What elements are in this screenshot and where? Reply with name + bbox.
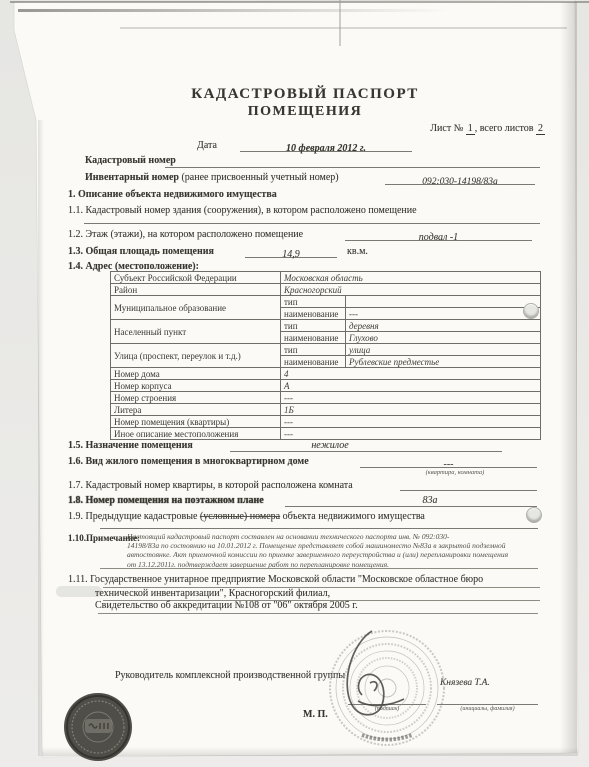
p1-2-label: 1.2. Этаж (этажи), на котором расположен… bbox=[68, 229, 303, 240]
stroenie-label: Номер строения bbox=[111, 392, 281, 404]
municipal-name-value: --- bbox=[346, 308, 541, 320]
inventory-number-field: 092:030-14198/83а bbox=[385, 171, 535, 185]
settlement-type-label: тип bbox=[281, 320, 346, 332]
inventory-number-label: Инвентарный номер (ранее присвоенный уче… bbox=[85, 172, 339, 183]
p1-3-field: 14,9 bbox=[245, 244, 337, 258]
table-row: Номер помещения (квартиры) --- bbox=[111, 416, 541, 428]
municipal-type-value bbox=[346, 296, 541, 308]
inventory-label-note: (ранее присвоенный учетный номер) bbox=[181, 172, 338, 183]
street-name-value: Рублевские предместье bbox=[346, 356, 541, 368]
hole-punch-top bbox=[523, 303, 539, 319]
note-line: 14198/83а по состоянию на 10.01.2012 г. … bbox=[127, 541, 539, 550]
cadastral-number-field bbox=[165, 155, 540, 168]
p1-6-hint: (квартира, комната) bbox=[390, 469, 520, 476]
house-label: Номер дома bbox=[111, 368, 281, 380]
p1-8-value: 83а bbox=[355, 495, 505, 506]
sheet-total: 2 bbox=[536, 123, 545, 135]
inventory-number-value: 092:030-14198/83а bbox=[422, 177, 497, 187]
section-1-heading: 1. Описание объекта недвижимого имуществ… bbox=[68, 189, 277, 200]
sheet-label: Лист № bbox=[430, 123, 463, 134]
municipal-name-label: наименование bbox=[281, 308, 346, 320]
street-label: Улица (проспект, переулок и т.д.) bbox=[111, 344, 281, 368]
date-label: Дата bbox=[197, 140, 217, 151]
district-label: Район bbox=[111, 284, 281, 296]
stroenie-value: --- bbox=[281, 392, 541, 404]
date-value: 10 февраля 2012 г. bbox=[286, 143, 366, 154]
p1-7-label: 1.7. Кадастровый номер квартиры, в котор… bbox=[68, 480, 353, 491]
table-row: Населенный пункт тип деревня bbox=[111, 320, 541, 332]
document-title-line1: КАДАСТРОВЫЙ ПАСПОРТ bbox=[155, 86, 455, 103]
table-row: Муниципальное образование тип bbox=[111, 296, 541, 308]
litera-label: Литера bbox=[111, 404, 281, 416]
table-row: Литера 1Б bbox=[111, 404, 541, 416]
korpus-label: Номер корпуса bbox=[111, 380, 281, 392]
scanned-page: КАДАСТРОВЫЙ ПАСПОРТ ПОМЕЩЕНИЯ Лист № 1, … bbox=[0, 0, 589, 767]
p1-2-field: подвал -1 bbox=[345, 227, 532, 241]
p1-7-field bbox=[400, 478, 537, 491]
table-row: Улица (проспект, переулок и т.д.) тип ул… bbox=[111, 344, 541, 356]
settlement-name-label: наименование bbox=[281, 332, 346, 344]
document-title-line2: ПОМЕЩЕНИЯ bbox=[155, 104, 455, 120]
date-field: 10 февраля 2012 г. bbox=[240, 138, 412, 152]
p1-10-underline bbox=[100, 558, 538, 569]
address-table: Субъект Российской Федерации Московская … bbox=[110, 271, 541, 440]
p1-2-value: подвал -1 bbox=[419, 232, 458, 243]
house-value: 4 bbox=[281, 368, 541, 380]
round-stamp-with-signature bbox=[312, 613, 462, 763]
subject-value: Московская область bbox=[281, 272, 541, 284]
p1-8-label: 1.8. Номер помещения на поэтажном плане bbox=[68, 495, 264, 506]
inventory-label-main: Инвентарный номер bbox=[85, 172, 179, 183]
table-row: Субъект Российской Федерации Московская … bbox=[111, 272, 541, 284]
table-row: Номер строения --- bbox=[111, 392, 541, 404]
street-type-label: тип bbox=[281, 344, 346, 356]
room-label: Номер помещения (квартиры) bbox=[111, 416, 281, 428]
p1-5-value: нежилое bbox=[230, 440, 430, 451]
subject-label: Субъект Российской Федерации bbox=[111, 272, 281, 284]
sheet-number: 1 bbox=[466, 123, 475, 135]
p1-3-value: 14,9 bbox=[282, 249, 300, 260]
room-value: --- bbox=[281, 416, 541, 428]
table-row: Номер дома 4 bbox=[111, 368, 541, 380]
p1-6-label: 1.6. Вид жилого помещения в многоквартир… bbox=[68, 456, 309, 467]
korpus-value: А bbox=[281, 380, 541, 392]
p1-1-field bbox=[84, 211, 540, 224]
table-row: Район Красногорский bbox=[111, 284, 541, 296]
sheet-counter: Лист № 1, всего листов 2 bbox=[320, 123, 545, 134]
street-name-label: наименование bbox=[281, 356, 346, 368]
settlement-label: Населенный пункт bbox=[111, 320, 281, 344]
p1-3-label: 1.3. Общая площадь помещения bbox=[68, 246, 214, 257]
litera-value: 1Б bbox=[281, 404, 541, 416]
hole-punch-bottom bbox=[526, 507, 542, 523]
district-value: Красногорский bbox=[281, 284, 541, 296]
sheet-total-label: , всего листов bbox=[475, 123, 534, 134]
p1-11-rule1 bbox=[103, 576, 540, 588]
p1-6-field: --- bbox=[360, 454, 537, 468]
signer-role-label: Руководитель комплексной производственно… bbox=[115, 670, 345, 681]
p1-3-unit: кв.м. bbox=[347, 246, 368, 257]
note-line: Настоящий кадастровый паспорт составлен … bbox=[127, 532, 539, 541]
handwritten-signature bbox=[347, 631, 404, 715]
p1-9-field bbox=[100, 518, 538, 529]
settlement-type-value: деревня bbox=[346, 320, 541, 332]
street-type-value: улица bbox=[346, 344, 541, 356]
cadastral-number-label: Кадастровый номер bbox=[85, 155, 176, 166]
table-row: Номер корпуса А bbox=[111, 380, 541, 392]
municipal-label: Муниципальное образование bbox=[111, 296, 281, 320]
settlement-name-value: Глухово bbox=[346, 332, 541, 344]
p1-5-label: 1.5. Назначение помещения bbox=[68, 440, 193, 451]
dark-corner-seal bbox=[58, 687, 138, 767]
municipal-type-label: тип bbox=[281, 296, 346, 308]
